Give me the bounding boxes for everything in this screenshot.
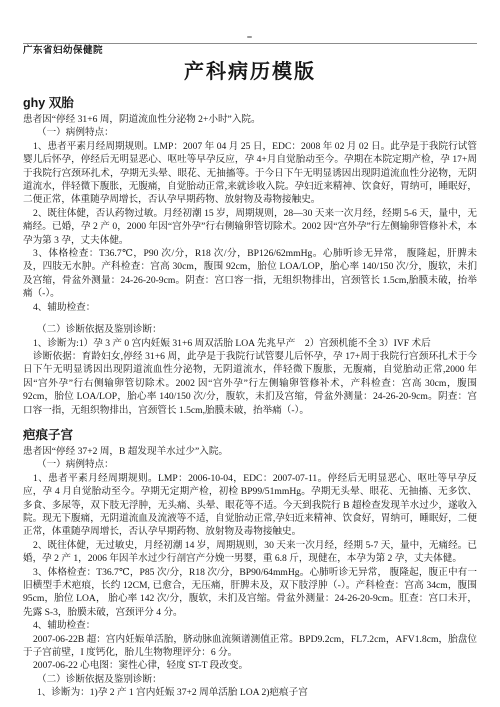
paragraph: 3、体格检查：T36.7℃，P90 次/分，R18 次/分，BP126/62mm… <box>23 247 477 301</box>
paragraph: 4、辅助检查： <box>23 301 477 314</box>
document-page: 广东省妇幼保健院 产科病历模版 ghy 双胎 患者因“停经 31+6 周，阴道流… <box>0 0 500 707</box>
paragraph: 1、患者平素月经周期规则。LMP：2007 年 04 月 25 日，EDC：20… <box>23 140 477 207</box>
case-heading: 疤痕子宫 <box>23 428 477 443</box>
document-title: 产科病历模版 <box>23 60 477 85</box>
paragraph: 2、既往体健，无过敏史，月经初潮 14 岁，周期规则，30 天来一次月经，经期 … <box>23 539 477 566</box>
paragraph: 1、诊断为：1)孕 2 产 1 宫内妊娠 37+2 周单活胎 LOA 2)疤痕子… <box>23 686 477 699</box>
document-content: 广东省妇幼保健院 产科病历模版 ghy 双胎 患者因“停经 31+6 周，阴道流… <box>0 43 500 700</box>
paragraph: 3、体格检查：T36.7℃，P85 次/分，R18 次/分，BP90/64mmH… <box>23 566 477 620</box>
case-heading: ghy 双胎 <box>23 96 477 111</box>
paragraph: 4、辅助检查： <box>23 619 477 632</box>
paragraph: （一）病例特点： <box>23 126 477 139</box>
case-section-scarred-uterus: 疤痕子宫 患者因“停经 37+2 周，B 超发现羊水过少”入院。 （一）病例特点… <box>23 428 477 700</box>
paragraph: （二）诊断依据及鉴别诊断： <box>23 323 477 336</box>
blank-line <box>23 314 477 323</box>
paragraph: （二）诊断依据及鉴别诊断： <box>23 673 477 686</box>
scan-artifact-mark <box>247 36 252 38</box>
paragraph: 诊断依据：育龄妇女,停经 31+6 周，此孕是于我院行试管婴儿后怀孕，孕 17+… <box>23 350 477 417</box>
paragraph: 1、患者平素月经周期规则。LMP：2006-10-04，EDC：2007-07-… <box>23 472 477 539</box>
paragraph: 2007-06-22 心电图：窦性心律，轻度 ST-T 段改变。 <box>23 659 477 672</box>
paragraph: 1、诊断为:1）孕 3 产 0 宫内妊娠 31+6 周双活胎 LOA 先兆早产 … <box>23 337 477 350</box>
paragraph: 患者因“停经 37+2 周，B 超发现羊水过少”入院。 <box>23 445 477 458</box>
paragraph: （一）病例特点： <box>23 458 477 471</box>
paragraph: 2007-06-22B 超：宫内妊娠单活胎，脐动脉血流频谱测值正常。BPD9.2… <box>23 633 477 660</box>
hospital-name: 广东省妇幼保健院 <box>23 44 477 57</box>
paragraph: 患者因“停经 31+6 周，阴道流血性分泌物 2+小时”入院。 <box>23 113 477 126</box>
paragraph: 2、既往体健，否认药物过敏。月经初潮 15 岁，周期规则，28—30 天来一次月… <box>23 207 477 247</box>
case-section-twins: ghy 双胎 患者因“停经 31+6 周，阴道流血性分泌物 2+小时”入院。 （… <box>23 96 477 417</box>
